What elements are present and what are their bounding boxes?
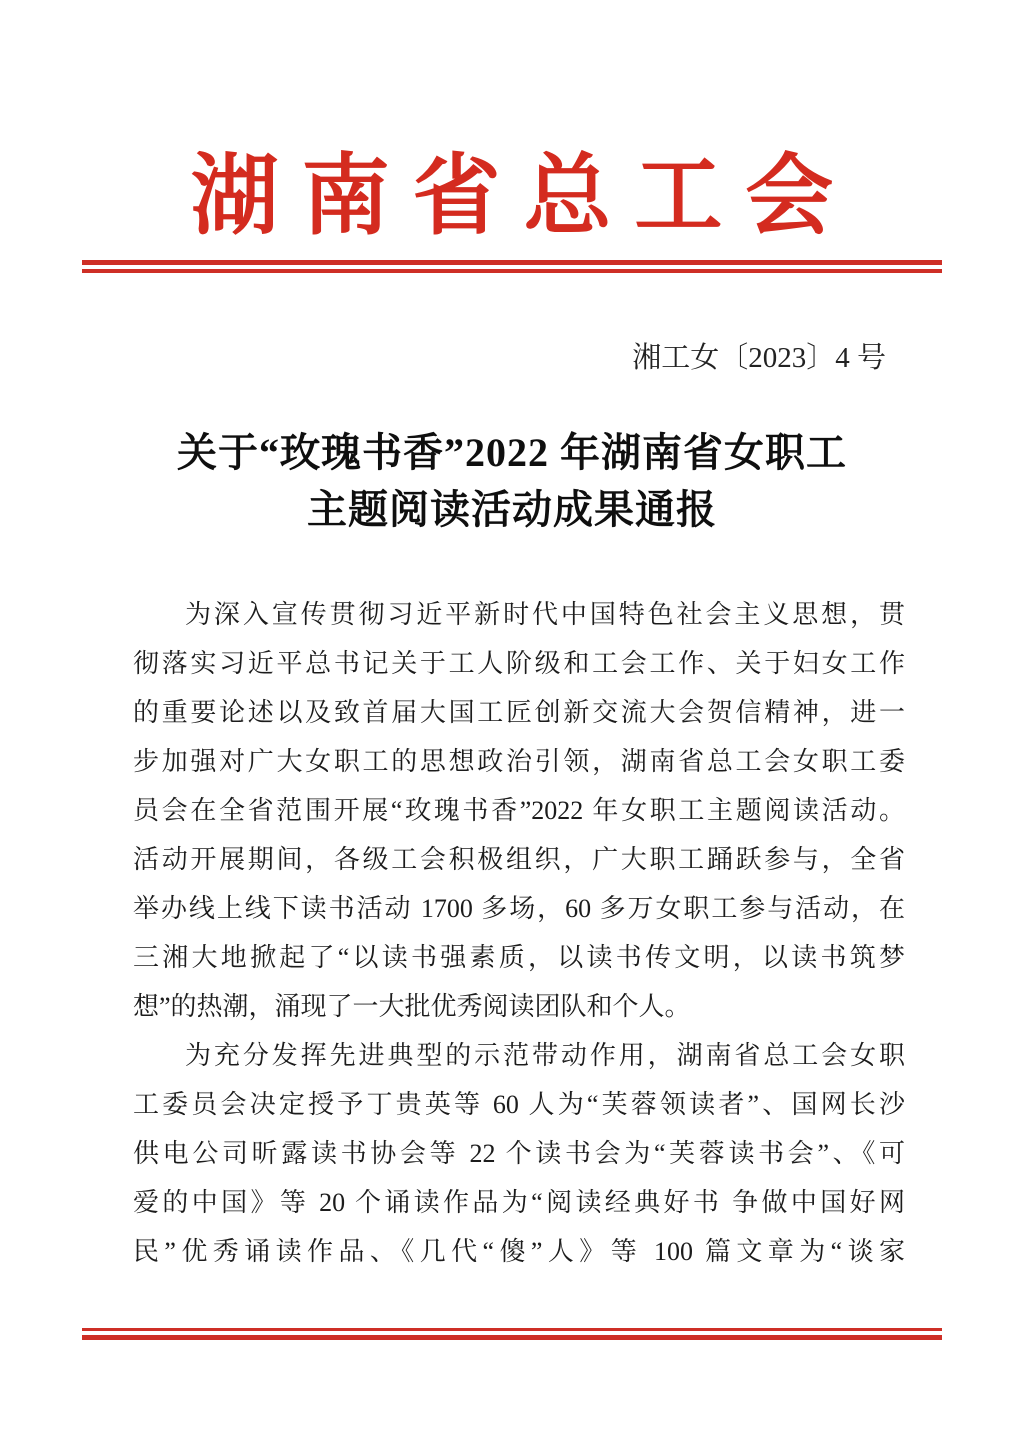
paragraph-1: 为深入宣传贯彻习近平新时代中国特色社会主义思想，贯 彻落实习近平总书记关于工人阶…	[133, 590, 905, 1031]
body-text-line: 爱的中国》等 20 个诵读作品为“阅读经典好书 争做中国好网	[133, 1178, 905, 1227]
document-title-line-1: 关于“玫瑰书香”2022 年湖南省女职工	[0, 424, 1024, 481]
paragraph-2: 为充分发挥先进典型的示范带动作用，湖南省总工会女职 工委员会决定授予丁贵英等 6…	[133, 1031, 905, 1276]
body-text-line: 想”的热潮，涌现了一大批优秀阅读团队和个人。	[133, 982, 905, 1031]
document-page: 湖南省总工会 湘工女〔2023〕4 号 关于“玫瑰书香”2022 年湖南省女职工…	[0, 0, 1024, 1448]
body-text-line: 步加强对广大女职工的思想政治引领，湖南省总工会女职工委	[133, 737, 905, 786]
body-text-line: 举办线上线下读书活动 1700 多场，60 多万女职工参与活动，在	[133, 884, 905, 933]
body-text-line: 彻落实习近平总书记关于工人阶级和工会工作、关于妇女工作	[133, 639, 905, 688]
letterhead-double-rule	[82, 260, 942, 273]
footer-rule-thick-bar	[82, 1335, 942, 1340]
body-text-line: 为充分发挥先进典型的示范带动作用，湖南省总工会女职	[133, 1031, 905, 1080]
document-title: 关于“玫瑰书香”2022 年湖南省女职工 主题阅读活动成果通报	[0, 424, 1024, 538]
body-text-line: 为深入宣传贯彻习近平新时代中国特色社会主义思想，贯	[133, 590, 905, 639]
body-text-line: 工委员会决定授予丁贵英等 60 人为“芙蓉领读者”、国网长沙	[133, 1080, 905, 1129]
letterhead-rule-thin-bar	[82, 269, 942, 273]
body-text-line: 民”优秀诵读作品、《几代“傻”人》等 100 篇文章为“谈家	[133, 1227, 905, 1276]
footer-double-rule	[82, 1328, 942, 1340]
document-body: 为深入宣传贯彻习近平新时代中国特色社会主义思想，贯 彻落实习近平总书记关于工人阶…	[133, 590, 905, 1276]
body-text-line: 员会在全省范围开展“玫瑰书香”2022 年女职工主题阅读活动。	[133, 786, 905, 835]
letterhead-org-name: 湖南省总工会	[0, 146, 1024, 250]
body-text-line: 三湘大地掀起了“以读书强素质，以读书传文明，以读书筑梦	[133, 933, 905, 982]
body-text-line: 活动开展期间，各级工会积极组织，广大职工踊跃参与，全省	[133, 835, 905, 884]
body-text-line: 的重要论述以及致首届大国工匠创新交流大会贺信精神，进一	[133, 688, 905, 737]
document-number: 湘工女〔2023〕4 号	[0, 338, 1024, 378]
document-title-line-2: 主题阅读活动成果通报	[0, 481, 1024, 538]
letterhead-rule-thick-bar	[82, 260, 942, 265]
footer-rule-thin-bar	[82, 1328, 942, 1331]
body-text-line: 供电公司昕露读书协会等 22 个读书会为“芙蓉读书会”、《可	[133, 1129, 905, 1178]
